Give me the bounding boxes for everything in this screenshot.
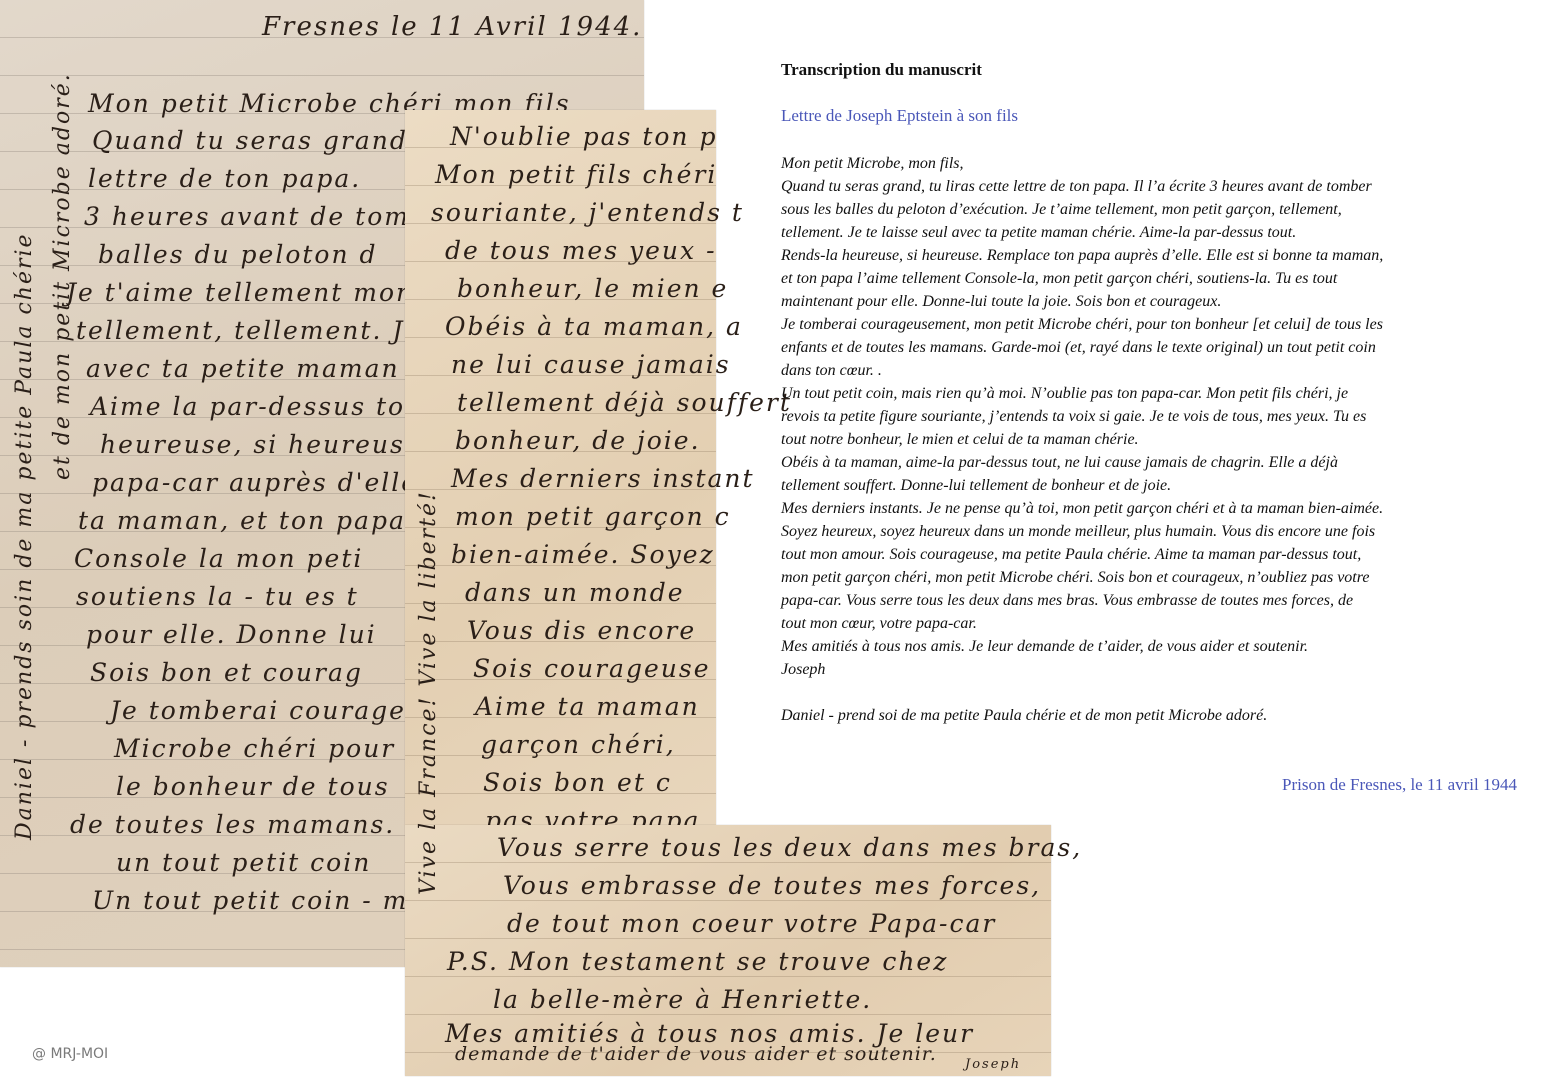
manuscript-line: bonheur, de joie. [455,422,701,460]
transcription-line: Mes amitiés à tous nos amis. Je leur dem… [781,635,1541,658]
manuscript-line: tellement déjà souffert [457,384,792,422]
transcription-line: tellement. Je te laisse seul avec ta pet… [781,221,1541,244]
transcription-line: Un tout petit coin, mais rien qu’à moi. … [781,382,1541,405]
manuscript-line: Aime la par-dessus to [90,388,405,426]
manuscript-line: soutiens la - tu es t [76,578,359,616]
transcription-line: maintenant pour elle. Donne-lui toute la… [781,290,1541,313]
transcription-line: Obéis à ta maman, aime-la par-dessus tou… [781,451,1541,474]
manuscript-line: Sois bon et courag [90,654,363,692]
transcription-line: revois ta petite figure souriante, j’ent… [781,405,1541,428]
manuscript-date-line: Fresnes le 11 Avril 1944. [262,12,642,42]
manuscript-line: balles du peloton d [98,236,378,274]
manuscript-line: N'oublie pas ton p [450,118,717,156]
manuscript-line: Je t'aime tellement mon [66,274,414,312]
manuscript-margin-note: et de mon petit Microbe adoré. [50,72,75,480]
manuscript-line: Vous dis encore [467,612,696,650]
manuscript-line: Mes derniers instant [451,460,755,498]
manuscript-line: le bonheur de tous [116,768,390,806]
manuscript-line: Obéis à ta maman, a [445,308,743,346]
manuscript-line: pour elle. Donne lui [86,616,377,654]
manuscript-line: de tous mes yeux - [445,232,717,270]
manuscript-line: papa-car auprès d'elle [92,464,418,502]
manuscript-line: 3 heures avant de tom [84,198,410,236]
manuscript-line: de toutes les mamans. [70,806,395,844]
manuscript-line: Sois courageuse [473,650,710,688]
transcription-signature: Joseph [781,658,1541,681]
transcription-body: Mon petit Microbe, mon fils, Quand tu se… [781,152,1541,681]
manuscript-line: Console la mon peti [74,540,363,578]
transcription-line: tellement souffert. Donne-lui tellement … [781,474,1541,497]
manuscript-margin-note-vive-la-france: Vive la France! Vive la liberté! [416,490,441,895]
manuscript-line: tellement, tellement. Je [76,312,421,350]
transcription-line: et ton papa l’aime tellement Console-la,… [781,267,1541,290]
manuscript-line: la belle-mère à Henriette. [493,981,872,1019]
manuscript-line: dans un monde [465,574,685,612]
transcription-line: Soyez heureux, soyez heureux dans un mon… [781,520,1541,543]
manuscript-line: Un tout petit coin - m [92,882,408,920]
manuscript-line: Je tomberai courageus [110,692,439,730]
manuscript-line: souriante, j'entends t [431,194,744,232]
transcription-line: papa-car. Vous serre tous les deux dans … [781,589,1541,612]
transcription-line: Quand tu seras grand, tu liras cette let… [781,175,1541,198]
manuscript-line: heureuse, si heureuse. [100,426,432,464]
manuscript-line: un tout petit coin [116,844,371,882]
transcription-line: Mon petit Microbe, mon fils, [781,152,1541,175]
manuscript-margin-note: Daniel - prends soin de ma petite Paula … [12,232,37,840]
transcription-title: Transcription du manuscrit [781,58,1541,82]
manuscript-line: bien-aimée. Soyez [451,536,715,574]
manuscript-line: Vous embrasse de toutes mes forces, [503,867,1041,905]
manuscript-page-2: N'oublie pas ton p Mon petit fils chéri … [405,110,716,825]
transcription-line: tout mon cœur, votre papa-car. [781,612,1541,635]
manuscript-line: avec ta petite maman [86,350,400,388]
manuscript-line: Vous serre tous les deux dans mes bras, [497,829,1082,867]
transcription-line: Mes derniers instants. Je ne pense qu’à … [781,497,1541,520]
transcription-line: mon petit garçon chéri, mon petit Microb… [781,566,1541,589]
manuscript-line: Aime ta maman [475,688,700,726]
manuscript-line: Sois bon et c [483,764,672,802]
manuscript-signature: Joseph [965,1057,1021,1072]
transcription-line: Rends-la heureuse, si heureuse. Remplace… [781,244,1541,267]
manuscript-page-2-bottom: Vous serre tous les deux dans mes bras, … [405,825,1051,1076]
transcription-line: tout notre bonheur, le mien et celui de … [781,428,1541,451]
manuscript-line: P.S. Mon testament se trouve chez [447,943,948,981]
transcription-panel: Transcription du manuscrit Lettre de Jos… [781,58,1541,727]
image-credit: @ MRJ-MOI [32,1046,108,1062]
manuscript-line: ta maman, et ton papa [78,502,406,540]
transcription-line: tout mon amour. Sois courageuse, ma peti… [781,543,1541,566]
manuscript-line: demande de t'aider de vous aider et sout… [455,1043,937,1065]
manuscript-line: lettre de ton papa. [88,160,361,198]
transcription-place-date: Prison de Fresnes, le 11 avril 1944 [1282,775,1517,795]
manuscript-line: Microbe chéri pour [114,730,395,768]
transcription-line: Je tomberai courageusement, mon petit Mi… [781,313,1541,336]
manuscript-line: Quand tu seras grand [92,122,408,160]
manuscript-line: garçon chéri, [481,726,676,764]
manuscript-line: de tout mon coeur votre Papa-car [507,905,996,943]
transcription-line: sous les balles du peloton d’exécution. … [781,198,1541,221]
manuscript-line: mon petit garçon c [455,498,731,536]
transcription-line: dans ton cœur. . [781,359,1541,382]
transcription-subtitle: Lettre de Joseph Eptstein à son fils [781,104,1541,128]
transcription-line: enfants et de toutes les mamans. Garde-m… [781,336,1541,359]
transcription-postscript: Daniel - prend soi de ma petite Paula ch… [781,704,1541,727]
manuscript-line: Mon petit fils chéri [435,156,717,194]
manuscript-line: ne lui cause jamais [451,346,731,384]
manuscript-line: bonheur, le mien e [457,270,728,308]
